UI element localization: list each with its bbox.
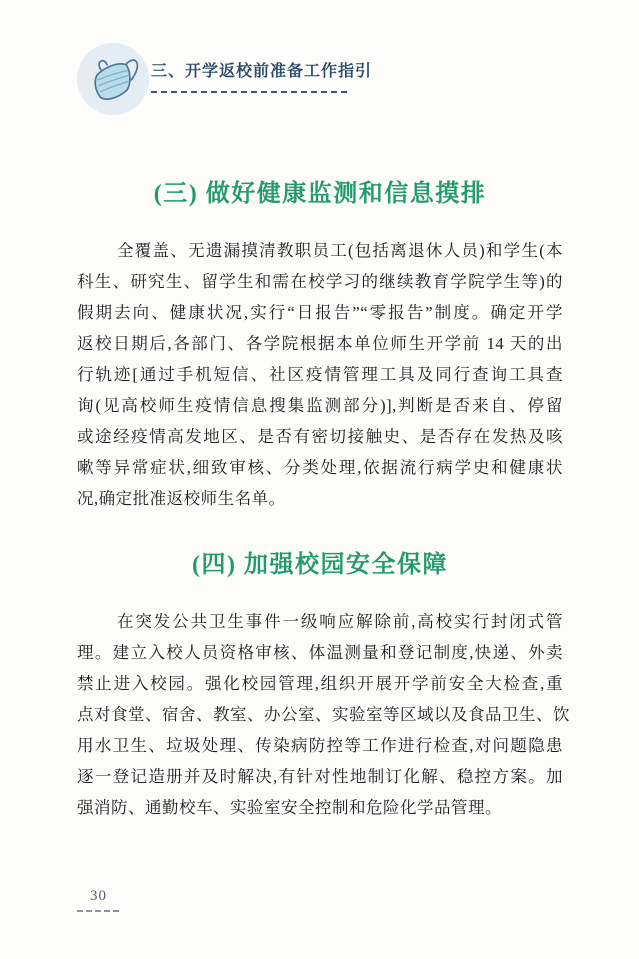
chapter-title: 三、开学返校前准备工作指引 [151,58,372,81]
paragraph-line: 全覆盖、无遗漏摸清教职员工(包括离退休人员)和学生(本 [77,235,563,266]
paragraph-line: 行轨迹[通过手机短信、社区疫情管理工具及同行查询工具查 [77,359,563,390]
chapter-title-underline [151,91,347,93]
page-number-underline [77,910,119,912]
paragraph-line: 嗽等异常症状,细致审核、分类处理,依据流行病学史和健康状 [77,452,563,483]
paragraph-line: 询(见高校师生疫情信息搜集监测部分)],判断是否来自、停留 [77,390,563,421]
paragraph-line: 在突发公共卫生事件一级响应解除前,高校实行封闭式管 [77,606,563,637]
paragraph-line: 禁止进入校园。强化校园管理,组织开展开学前安全大检查,重 [77,668,563,699]
section-paragraph: 在突发公共卫生事件一级响应解除前,高校实行封闭式管理。建立入校人员资格审核、体温… [77,606,563,823]
paragraph-line: 点对食堂、宿舍、教室、办公室、实验室等区域以及食品卫生、饮 [77,699,563,730]
chapter-header-text: 三、开学返校前准备工作指引 [151,43,372,93]
paragraph-line: 强消防、通勤校车、实验室安全控制和危险化学品管理。 [77,792,563,823]
paragraph-line: 科生、研究生、留学生和需在校学习的继续教育学院学生等)的 [77,266,563,297]
paragraph-line: 理。建立入校人员资格审核、体温测量和登记制度,快递、外卖 [77,637,563,668]
paragraph-line: 况,确定批准返校师生名单。 [77,483,563,514]
paragraph-line: 或途经疫情高发地区、是否有密切接触史、是否存在发热及咳 [77,421,563,452]
document-page: 三、开学返校前准备工作指引 (三) 做好健康监测和信息摸排 全覆盖、无遗漏摸清教… [0,0,639,959]
face-mask-graphic [83,49,143,109]
section-heading: (四) 加强校园安全保障 [77,550,563,580]
section-paragraph: 全覆盖、无遗漏摸清教职员工(包括离退休人员)和学生(本科生、研究生、留学生和需在… [77,235,563,514]
paragraph-line: 逐一登记造册并及时解决,有针对性地制订化解、稳控方案。加 [77,761,563,792]
paragraph-line: 返校日期后,各部门、各学院根据本单位师生开学前 14 天的出 [77,328,563,359]
face-mask-icon [77,43,149,115]
document-section: (三) 做好健康监测和信息摸排 全覆盖、无遗漏摸清教职员工(包括离退休人员)和学… [77,179,563,514]
page-number: 30 [90,888,119,905]
content: (三) 做好健康监测和信息摸排 全覆盖、无遗漏摸清教职员工(包括离退休人员)和学… [77,116,563,823]
paragraph-line: 假期去向、健康状况,实行“日报告”“零报告”制度。确定开学 [77,297,563,328]
section-heading: (三) 做好健康监测和信息摸排 [77,179,563,209]
chapter-header: 三、开学返校前准备工作指引 [77,43,372,115]
paragraph-line: 用水卫生、垃圾处理、传染病防控等工作进行检查,对问题隐患 [77,730,563,761]
page-footer: 30 [77,888,119,912]
document-section: (四) 加强校园安全保障 在突发公共卫生事件一级响应解除前,高校实行封闭式管理。… [77,550,563,823]
